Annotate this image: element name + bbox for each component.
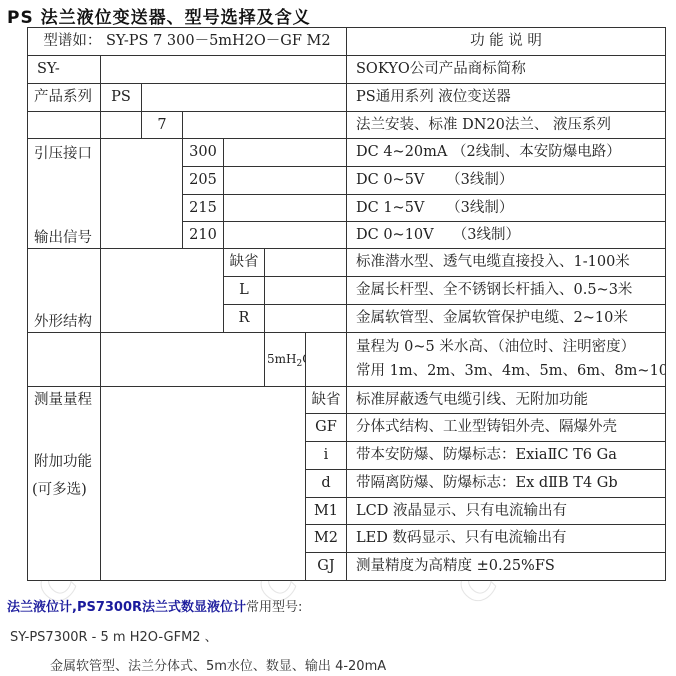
structure-desc-L: 金属长杆型、全不锈钢长杆插入、0.5~3米: [346, 276, 666, 305]
extras-code-M2: M2: [305, 524, 347, 553]
signal-empty-215: [223, 194, 347, 222]
sy-desc-cell: SOKYO公司产品商标简称: [346, 55, 666, 84]
install-empty-right-cell: [182, 111, 347, 139]
model-selection-table: 型谱如： SY-PS 7 300－5mH2O－GF M2 功 能 说 明 SY-…: [0, 0, 676, 600]
extras-code-GF: GF: [305, 413, 347, 442]
product-link[interactable]: 法兰液位计,PS7300R法兰式数显液位计: [7, 600, 246, 615]
extras-empty-cell: [100, 386, 306, 581]
structure-empty-L: [264, 276, 347, 305]
structure-label: 外形结构: [34, 309, 92, 333]
signal-desc-210: DC 0~10V （3线制）: [346, 221, 666, 249]
signal-label: 输出信号: [34, 225, 92, 249]
range-empty-left: [27, 332, 101, 387]
extras-desc-i: 带本安防爆、防爆标志：ExiaⅡC T6 Ga: [346, 441, 666, 470]
signal-empty-205: [223, 166, 347, 195]
signal-code-215: 215: [182, 194, 224, 222]
port-signal-empty-cell: [100, 138, 183, 249]
extras-desc-M2: LED 数码显示、只有电流输出有: [346, 524, 666, 553]
signal-code-210: 210: [182, 221, 224, 249]
extras-desc-default: 标准屏蔽透气电缆引线、无附加功能: [346, 386, 666, 414]
extras-desc-d: 带隔离防爆、防爆标志：Ex dⅡB T4 Gb: [346, 469, 666, 498]
range-label: 测量量程: [34, 387, 92, 413]
signal-empty-210: [223, 221, 347, 249]
extras-label: 附加功能: [34, 449, 92, 475]
signal-desc-300: DC 4~20mA （2线制、本安防爆电路）: [346, 138, 666, 167]
signal-code-205: 205: [182, 166, 224, 195]
example-model-description: 金属软管型、法兰分体式、5m水位、数显、输出 4-20mA: [50, 655, 386, 674]
extras-label-cell: 测量量程 附加功能 (可多选): [27, 386, 101, 581]
signal-code-300: 300: [182, 138, 224, 167]
signal-desc-205: DC 0~5V （3线制）: [346, 166, 666, 195]
structure-empty-R: [264, 304, 347, 333]
sy-empty-cell: [100, 55, 347, 84]
structure-empty-cell: [100, 248, 224, 333]
extras-code-default: 缺省: [305, 386, 347, 414]
extras-code-M1: M1: [305, 497, 347, 525]
structure-label-cell: 外形结构: [27, 248, 101, 333]
extras-code-GJ: GJ: [305, 552, 347, 581]
structure-code-L: L: [223, 276, 265, 305]
extras-multi-select-note: (可多选): [32, 477, 87, 503]
install-code-cell: 7: [141, 111, 183, 139]
install-empty-cell: [100, 111, 142, 139]
sy-code-cell: SY-: [27, 55, 101, 84]
port-label: 引压接口: [34, 141, 92, 167]
structure-code-default: 缺省: [223, 248, 265, 277]
function-header: 功 能 说 明: [346, 27, 666, 56]
range-desc-cell: 量程为 0~5 米水高、（油位时、注明密度） 常用 1m、2m、3m、4m、5m…: [346, 332, 666, 387]
structure-code-R: R: [223, 304, 265, 333]
extras-code-i: i: [305, 441, 347, 470]
install-empty-left-cell: [27, 111, 101, 139]
common-models-heading: 法兰液位计,PS7300R法兰式数显液位计常用型号:: [7, 596, 302, 615]
range-code-cell: 5mH2O: [264, 332, 306, 387]
extras-desc-M1: LCD 液晶显示、只有电流输出有: [346, 497, 666, 525]
range-desc-line1: 量程为 0~5 米水高、（油位时、注明密度）: [356, 335, 665, 359]
common-models-suffix: 常用型号:: [246, 600, 302, 615]
example-model-code: SY-PS7300R - 5 m H2O-GFM2 、: [10, 626, 218, 645]
model-example-header: 型谱如： SY-PS 7 300－5mH2O－GF M2: [27, 27, 347, 56]
extras-desc-GF: 分体式结构、工业型铸铝外壳、隔爆外壳: [346, 413, 666, 442]
range-code-main: 5mH: [267, 352, 296, 366]
structure-empty-default: [264, 248, 347, 277]
series-label-cell: 产品系列: [27, 83, 101, 112]
port-signal-label-cell: 引压接口 输出信号: [27, 138, 101, 249]
series-empty-cell: [141, 83, 347, 112]
structure-desc-R: 金属软管型、金属软管保护电缆、2~10米: [346, 304, 666, 333]
signal-empty-300: [223, 138, 347, 167]
range-empty-right: [305, 332, 347, 387]
range-empty-mid: [100, 332, 265, 387]
range-desc-line2: 常用 1m、2m、3m、4m、5m、6m、8m~10m: [356, 359, 665, 383]
extras-code-d: d: [305, 469, 347, 498]
install-desc-cell: 法兰安装、标准 DN20法兰、 液压系列: [346, 111, 666, 139]
structure-desc-default: 标准潜水型、透气电缆直接投入、1-100米: [346, 248, 666, 277]
signal-desc-215: DC 1~5V （3线制）: [346, 194, 666, 222]
extras-desc-GJ: 测量精度为高精度 ±0.25%FS: [346, 552, 666, 581]
series-code-cell: PS: [100, 83, 142, 112]
series-desc-cell: PS通用系列 液位变送器: [346, 83, 666, 112]
